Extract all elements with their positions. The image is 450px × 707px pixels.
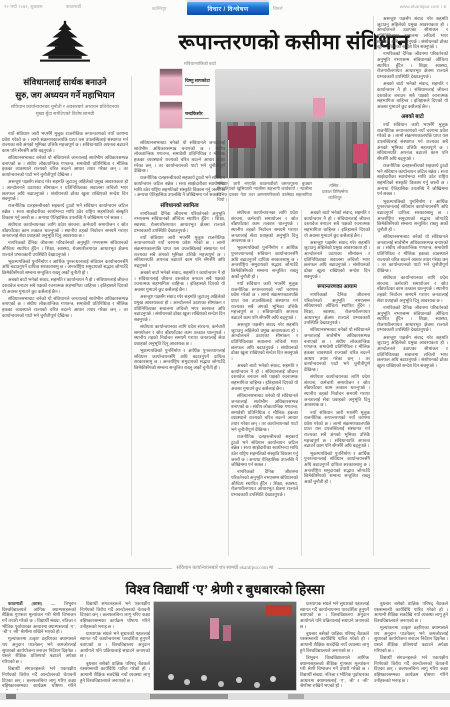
body-paragraph: विद्यार्थी संगठनहरूले भने एकपक्षीय निर्ण… xyxy=(2,666,76,690)
red-flag xyxy=(353,144,367,163)
body-paragraph: भूकम्पपछिको पुनर्निर्माण र आर्थिक पुनरुत… xyxy=(304,451,370,485)
section-divider: संविधान कार्यान्वयनबारे थप सामग्री ekant… xyxy=(20,565,430,571)
body-paragraph: भूकम्पपछिको पुनर्निर्माण र आर्थिक पुनरुत… xyxy=(2,259,128,276)
bottom-column-3: प्राध्यापक संघले भने सुधारको पहललाई स्वा… xyxy=(300,601,369,690)
body-paragraph: असन्तुष्ट पक्षसँग संवाद गरेर सहमति जुटाउ… xyxy=(377,335,448,369)
pink-flag xyxy=(223,625,231,641)
body-paragraph: विद्यार्थी संगठनहरूले भने एकपक्षीय निर्ण… xyxy=(80,601,150,629)
body-paragraph: बुधबार बसेको प्राज्ञिक परिषद् बैठकले यसस… xyxy=(80,661,150,684)
body-paragraph: मूल्यांकनमा उत्कृष्ट ठहरिएका क्याम्पसले … xyxy=(374,625,448,653)
body-paragraph: संविधानसभाबाट बनेको यो संविधानले जनतालाई… xyxy=(377,234,448,274)
divider-line xyxy=(278,568,430,569)
kicker-text: संविधानपछिको बाटो xyxy=(134,61,216,67)
column-rule xyxy=(228,140,229,556)
body-paragraph: विद्यार्थी संगठनहरूले भने एकपक्षीय निर्ण… xyxy=(374,655,448,683)
body-paragraph: राजनीतिक दलहरूबीचको सहकार्य टुट्यो भने स… xyxy=(231,434,298,468)
body-paragraph: नागरिकको दैनिक जीवनमा परिवर्तनको अनुभूति… xyxy=(377,305,448,333)
body-paragraph: नागरिकको दैनिक जीवनमा परिवर्तनको अनुभूति… xyxy=(231,469,298,497)
pink-flag xyxy=(210,618,219,639)
article-subhead: संविधानको स्वामित्व xyxy=(134,201,225,209)
body-paragraph: राजनीतिक दलहरूबीचको सहकार्य टुट्यो भने स… xyxy=(134,175,225,198)
footer-mark xyxy=(6,694,16,699)
body-paragraph: नयाँ संविधान जारी भएसँगै मुलुक राजनीतिक … xyxy=(377,122,448,162)
article-subhead: रूपान्तरणका आयाम xyxy=(304,282,370,290)
author-photo xyxy=(160,69,182,95)
folio-section-right: विमर्श xyxy=(273,6,283,12)
body-paragraph: अबको बाटो भनेको संवाद, सहमति र कार्यान्व… xyxy=(134,270,225,293)
body-paragraph: संघीयता कार्यान्वयनका लागि प्रदेश संरचना… xyxy=(304,374,370,408)
body-paragraph: संघीयता कार्यान्वयनका लागि प्रदेश संरचना… xyxy=(231,210,298,244)
dateline-text: काठमाडौं (कास) — xyxy=(8,601,55,606)
column-rule xyxy=(301,210,302,556)
divider-note-text: संविधान कार्यान्वयनबारे थप सामग्री ekant… xyxy=(177,565,274,571)
body-paragraph: काठमाडौं (कास) — त्रिभुवन विश्वविद्यालयल… xyxy=(2,601,76,635)
body-paragraph: नयाँ संविधान जारी भएसँगै मुलुक राजनीतिक … xyxy=(2,131,128,154)
column-rule xyxy=(131,76,132,556)
body-paragraph: नयाँ संविधान जारी भएसँगै मुलुक राजनीतिक … xyxy=(304,410,370,450)
footer-bar xyxy=(0,693,450,700)
body-paragraph: संघीयता कार्यान्वयनका लागि प्रदेश संरचना… xyxy=(377,275,448,303)
article-column-3: अबको बाटो भनेको संवाद, सहमति र कार्यान्व… xyxy=(304,210,370,556)
red-flag xyxy=(266,605,292,616)
body-paragraph: संघीयता कार्यान्वयनका लागि प्रदेश संरचना… xyxy=(2,222,128,239)
author-name-text: चन्द्रकिशोर xyxy=(185,111,203,116)
body-paragraph: नयाँ संविधान जारी भएसँगै मुलुक राजनीतिक … xyxy=(231,281,298,321)
body-paragraph: नागरिकको दैनिक जीवनमा परिवर्तनको अनुभूति… xyxy=(304,292,370,326)
body-paragraph: संविधानसभाबाट बनेको यो संविधानले जनतालाई… xyxy=(231,393,298,433)
body-paragraph: असन्तुष्ट पक्षसँग संवाद गरेर सहमति जुटाउ… xyxy=(134,294,225,322)
newspaper-page: १२ भदौ २०७२, शुक्रबार काठमाडौं कान्तिपुर… xyxy=(0,0,450,707)
body-paragraph: संविधानसभाबाट बनेको यो संविधानले जनतालाई… xyxy=(134,140,225,174)
body-paragraph: नागरिकको दैनिक जीवनमा परिवर्तनको अनुभूति… xyxy=(134,211,225,234)
body-paragraph: त्रिभुवन विश्वविद्यालयले आंगिक क्याम्पसह… xyxy=(300,655,369,689)
section-banner: विचार / विश्लेषण xyxy=(187,2,269,15)
body-paragraph: अबको बाटो भनेको संवाद, सहमति र कार्यान्व… xyxy=(304,210,370,238)
body-paragraph: अबको बाटो भनेको संवाद, सहमति र कार्यान्व… xyxy=(2,277,128,294)
author-photo xyxy=(160,102,182,128)
body-paragraph: बुधबार बसेको प्राज्ञिक परिषद् बैठकले यसस… xyxy=(300,631,369,654)
body-paragraph: राजनीतिक दलहरूबीचको सहकार्य टुट्यो भने स… xyxy=(377,163,448,197)
left-article-standfirst: संविधान कार्यान्वयनका चुनौती र अवसरबारे … xyxy=(8,105,122,118)
left-headline-line2: सुरु, जग अध्ययन गर्ने महाभियान xyxy=(2,89,128,102)
body-text: त्रिभुवन विश्वविद्यालयले आंगिक क्याम्पसह… xyxy=(2,601,76,634)
temple-logo-icon xyxy=(40,20,90,70)
folio-date: १२ भदौ २०७२, शुक्रबार xyxy=(4,4,43,10)
photo-credit: तस्बिर : प्रकाश तिमिल्सेना कान्तिपुर xyxy=(315,183,355,201)
darkred-flag xyxy=(228,126,256,148)
bottom-column-4: बुधबार बसेको प्राज्ञिक परिषद् बैठकले यसस… xyxy=(374,601,448,690)
author-name-text: विष्णु सापकोटा xyxy=(185,78,210,83)
body-paragraph: भूकम्पपछिको पुनर्निर्माण र आर्थिक पुनरुत… xyxy=(134,348,225,371)
bottom-column-2: विद्यार्थी संगठनहरूले भने एकपक्षीय निर्ण… xyxy=(80,601,150,690)
article-subhead: अबको बाटो xyxy=(377,112,448,120)
divider-line xyxy=(20,568,172,569)
body-paragraph: अबको बाटो भनेको संवाद, सहमति र कार्यान्व… xyxy=(377,81,448,109)
byline-author-2: चन्द्रकिशोर xyxy=(134,102,218,130)
body-paragraph: संविधानसभाबाट बनेको यो संविधानले जनतालाई… xyxy=(2,296,128,319)
left-headline-line1: संविधानलाई सार्थक बनाउने xyxy=(2,76,128,89)
body-paragraph: प्राध्यापक संघले भने सुधारको पहललाई स्वा… xyxy=(80,631,150,659)
lead-photo xyxy=(216,70,370,178)
folio-page-number: www.ekantipur.com । ७ xyxy=(400,4,446,10)
folio-masthead: कान्तिपुर xyxy=(152,6,166,12)
byline-author-1: विष्णु सापकोटा xyxy=(134,69,218,97)
body-paragraph: असन्तुष्ट पक्षसँग संवाद गरेर सहमति जुटाउ… xyxy=(304,240,370,280)
body-paragraph: अबको बाटो भनेको संवाद, सहमति र कार्यान्व… xyxy=(231,363,298,391)
footer-segment xyxy=(288,694,304,699)
article-column-1: संविधानसभाबाट बनेको यो संविधानले जनतालाई… xyxy=(134,140,225,557)
body-paragraph: नयाँ संविधान जारी भएसँगै मुलुक राजनीतिक … xyxy=(134,235,225,269)
bottom-column-1: काठमाडौं (कास) — त्रिभुवन विश्वविद्यालयल… xyxy=(2,601,76,690)
body-paragraph: मूल्यांकनमा उत्कृष्ट ठहरिएका क्याम्पसले … xyxy=(2,636,76,664)
pink-flag xyxy=(313,98,325,117)
body-paragraph: भूकम्पपछिको पुनर्निर्माण र आर्थिक पुनरुत… xyxy=(231,245,298,279)
article-column-4: असन्तुष्ट पक्षसँग संवाद गरेर सहमति जुटाउ… xyxy=(377,16,448,556)
photo-caption: संविधान जारी भएपछि काठमाडौंको वसन्तपुरमा… xyxy=(217,181,312,203)
author-name: विष्णु सापकोटा xyxy=(185,69,217,86)
body-paragraph: नागरिकको दैनिक जीवनमा परिवर्तनको अनुभूति… xyxy=(377,51,448,79)
article-column-2: संघीयता कार्यान्वयनका लागि प्रदेश संरचना… xyxy=(231,210,298,556)
column-rule xyxy=(373,16,374,556)
body-paragraph: असन्तुष्ट पक्षसँग संवाद गरेर सहमति जुटाउ… xyxy=(231,322,298,362)
photo-credit-line: कान्तिपुर xyxy=(315,195,355,201)
bottom-photo xyxy=(154,602,296,690)
body-paragraph: असन्तुष्ट पक्षसँग संवाद गरेर सहमति जुटाउ… xyxy=(2,179,128,202)
body-paragraph: संघीयता कार्यान्वयनका लागि प्रदेश संरचना… xyxy=(134,324,225,347)
body-paragraph: संविधानसभाबाट बनेको यो संविधानले जनतालाई… xyxy=(304,327,370,372)
left-article-body: नयाँ संविधान जारी भएसँगै मुलुक राजनीतिक … xyxy=(2,131,128,556)
body-paragraph: भूकम्पपछिको पुनर्निर्माण र आर्थिक पुनरुत… xyxy=(377,199,448,233)
bottom-headline: विश्व विद्यार्थी ‘ए’ श्रेणी र बुधबारको ह… xyxy=(30,580,420,598)
folio-edition: काठमाडौं xyxy=(66,4,81,10)
body-paragraph: नागरिकको दैनिक जीवनमा परिवर्तनको अनुभूति… xyxy=(2,240,128,257)
author-name: चन्द्रकिशोर xyxy=(185,102,217,119)
body-paragraph: संविधानसभाबाट बनेको यो संविधानले जनतालाई… xyxy=(2,155,128,178)
body-paragraph: प्राध्यापक संघले भने सुधारको पहललाई स्वा… xyxy=(300,601,369,629)
body-paragraph: असन्तुष्ट पक्षसँग संवाद गरेर सहमति जुटाउ… xyxy=(377,16,448,50)
body-paragraph: राजनीतिक दलहरूबीचको सहकार्य टुट्यो भने स… xyxy=(2,203,128,220)
footer-segment xyxy=(150,694,228,699)
section-banner-label: विचार / विश्लेषण xyxy=(208,5,249,13)
body-paragraph: बुधबार बसेको प्राज्ञिक परिषद् बैठकले यसस… xyxy=(374,601,448,624)
crowd-faces xyxy=(168,674,174,680)
left-article-headline: संविधानलाई सार्थक बनाउने सुरु, जग अध्ययन… xyxy=(2,76,128,102)
